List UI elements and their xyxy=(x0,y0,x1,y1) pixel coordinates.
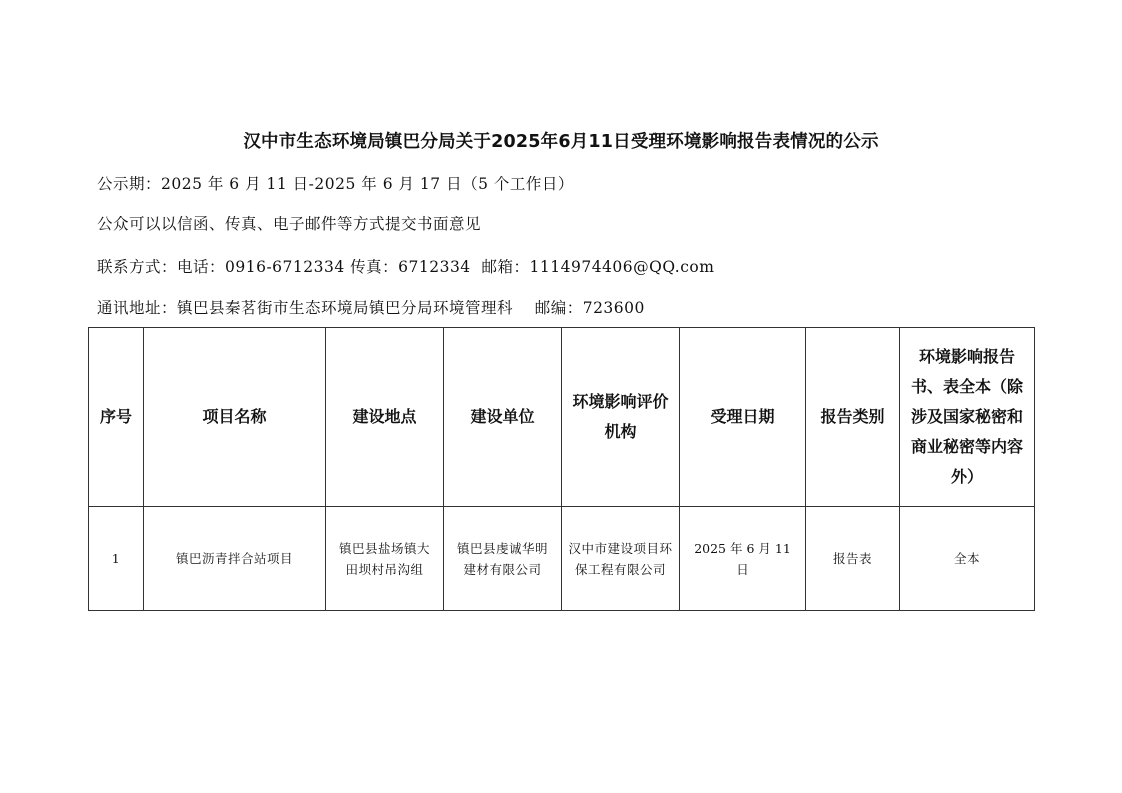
notice-period: 公示期：2025 年 6 月 11 日-2025 年 6 月 17 日（5 个工… xyxy=(97,173,574,195)
cell-full-text: 全本 xyxy=(900,507,1035,611)
contact-info: 联系方式：电话：0916-6712334 传真：6712334 邮箱：11149… xyxy=(97,256,714,278)
header-location: 建设地点 xyxy=(326,328,444,507)
header-index: 序号 xyxy=(89,328,144,507)
header-report-type: 报告类别 xyxy=(806,328,900,507)
header-accept-date: 受理日期 xyxy=(680,328,806,507)
page-title: 汉中市生态环境局镇巴分局关于2025年6月11日受理环境影响报告表情况的公示 xyxy=(0,129,1122,155)
cell-accept-date: 2025 年 6 月 11 日 xyxy=(680,507,806,611)
acceptance-table: 序号 项目名称 建设地点 建设单位 环境影响评价机构 受理日期 报告类别 环境影… xyxy=(88,327,1035,611)
header-full-text: 环境影响报告书、表全本（除涉及国家秘密和商业秘密等内容外） xyxy=(900,328,1035,507)
cell-location: 镇巴县盐场镇大田坝村吊沟组 xyxy=(326,507,444,611)
table-header-row: 序号 项目名称 建设地点 建设单位 环境影响评价机构 受理日期 报告类别 环境影… xyxy=(89,328,1035,507)
cell-index: 1 xyxy=(89,507,144,611)
cell-report-type: 报告表 xyxy=(806,507,900,611)
header-eia-agency: 环境影响评价机构 xyxy=(562,328,680,507)
feedback-methods: 公众可以以信函、传真、电子邮件等方式提交书面意见 xyxy=(97,213,481,235)
header-builder: 建设单位 xyxy=(444,328,562,507)
cell-builder: 镇巴县虔诚华明建材有限公司 xyxy=(444,507,562,611)
mailing-address: 通讯地址：镇巴县秦茗街市生态环境局镇巴分局环境管理科 邮编：723600 xyxy=(97,297,645,319)
table-row: 1 镇巴沥青拌合站项目 镇巴县盐场镇大田坝村吊沟组 镇巴县虔诚华明建材有限公司 … xyxy=(89,507,1035,611)
header-project-name: 项目名称 xyxy=(144,328,326,507)
cell-project-name: 镇巴沥青拌合站项目 xyxy=(144,507,326,611)
cell-eia-agency: 汉中市建设项目环保工程有限公司 xyxy=(562,507,680,611)
